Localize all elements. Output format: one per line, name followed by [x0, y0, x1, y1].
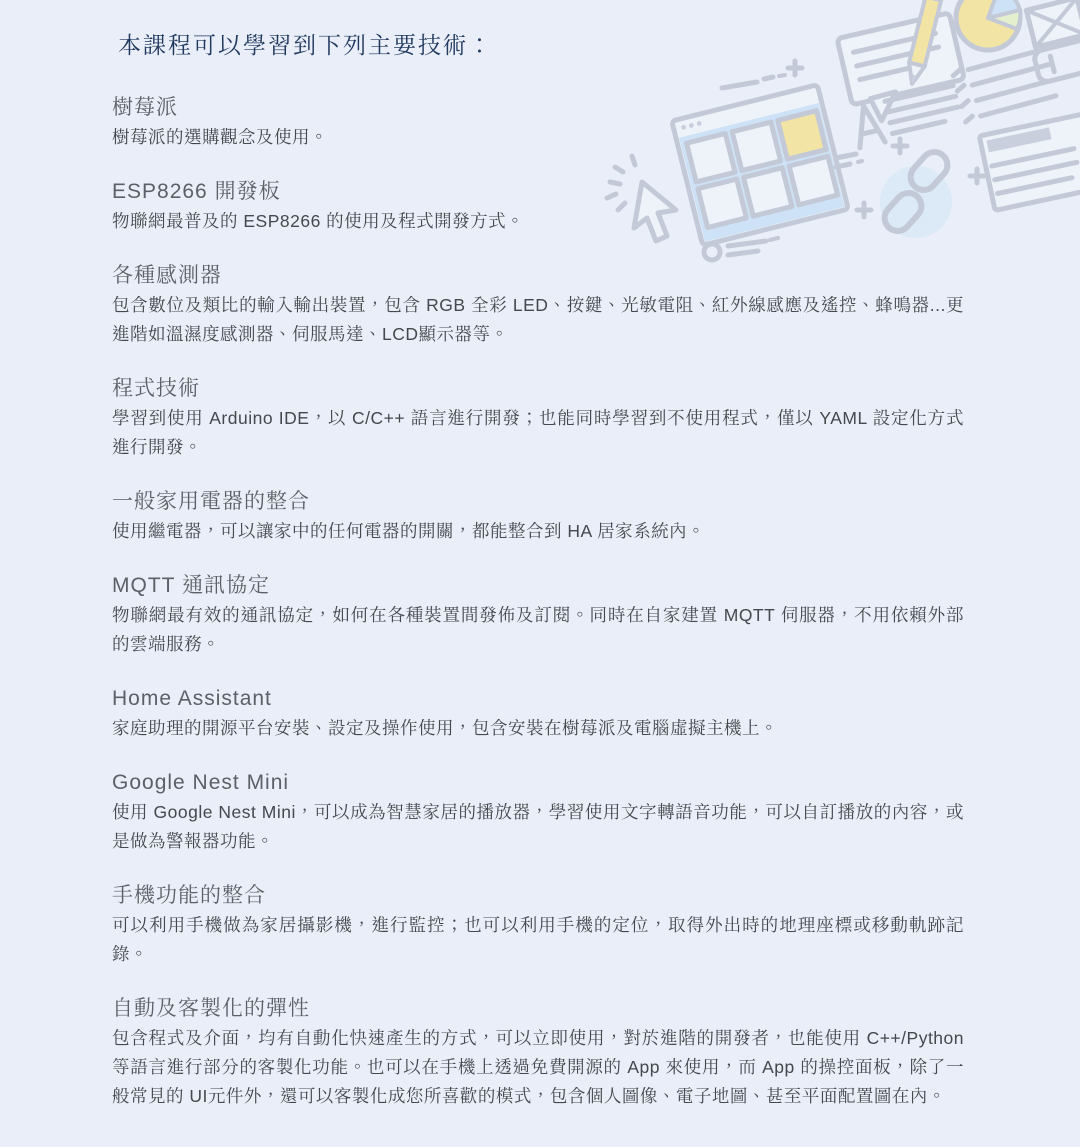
section-body: 物聯網最有效的通訊協定，如何在各種裝置間發佈及訂閱。同時在自家建置 MQTT 伺…	[112, 601, 964, 659]
section-heading: 樹莓派	[112, 93, 964, 123]
section-heading: MQTT 通訊協定	[112, 571, 964, 601]
section-heading: 一般家用電器的整合	[112, 487, 964, 517]
envelope-icon	[1026, 0, 1080, 47]
checklist-icon	[952, 46, 1060, 122]
tag-icon	[1033, 38, 1080, 83]
section-body: 使用 Google Nest Mini，可以成為智慧家居的播放器，學習使用文字轉…	[112, 798, 964, 856]
section-body: 物聯網最普及的 ESP8266 的使用及程式開發方式。	[112, 207, 964, 236]
course-page: { "page": { "title": "本課程可以學習到下列主要技術：", …	[0, 0, 1080, 1147]
section-body: 樹莓派的選購觀念及使用。	[112, 123, 964, 152]
section-google-nest-mini: Google Nest Mini 使用 Google Nest Mini，可以成…	[112, 768, 964, 856]
section-body: 可以利用手機做為家居攝影機，進行監控；也可以利用手機的定位，取得外出時的地理座標…	[112, 911, 964, 969]
section-sensors: 各種感測器 包含數位及類比的輸入輸出裝置，包含 RGB 全彩 LED、按鍵、光敏…	[112, 261, 964, 349]
section-raspberry-pi: 樹莓派 樹莓派的選購觀念及使用。	[112, 93, 964, 152]
section-heading: 程式技術	[112, 374, 964, 404]
section-heading: Home Assistant	[112, 684, 964, 714]
section-home-appliances: 一般家用電器的整合 使用繼電器，可以讓家中的任何電器的開關，都能整合到 HA 居…	[112, 487, 964, 546]
section-body: 包含數位及類比的輸入輸出裝置，包含 RGB 全彩 LED、按鍵、光敏電阻、紅外線…	[112, 291, 964, 349]
section-mqtt: MQTT 通訊協定 物聯網最有效的通訊協定，如何在各種裝置間發佈及訂閱。同時在自…	[112, 571, 964, 659]
section-body: 學習到使用 Arduino IDE，以 C/C++ 語言進行開發；也能同時學習到…	[112, 404, 964, 462]
section-body: 包含程式及介面，均有自動化快速產生的方式，可以立即使用，對於進階的開發者，也能使…	[112, 1024, 964, 1111]
section-esp8266: ESP8266 開發板 物聯網最普及的 ESP8266 的使用及程式開發方式。	[112, 177, 964, 236]
section-automation-customization: 自動及客製化的彈性 包含程式及介面，均有自動化快速產生的方式，可以立即使用，對於…	[112, 994, 964, 1111]
section-phone-integration: 手機功能的整合 可以利用手機做為家居攝影機，進行監控；也可以利用手機的定位，取得…	[112, 881, 964, 969]
course-skills-content: 本課程可以學習到下列主要技術： 樹莓派 樹莓派的選購觀念及使用。 ESP8266…	[112, 30, 964, 1136]
section-heading: 自動及客製化的彈性	[112, 994, 964, 1024]
pie-chart-icon	[956, 0, 1020, 50]
section-heading: 各種感測器	[112, 261, 964, 291]
section-heading: Google Nest Mini	[112, 768, 964, 798]
section-body: 家庭助理的開源平台安裝、設定及操作使用，包含安裝在樹莓派及電腦虛擬主機上。	[112, 714, 964, 743]
section-programming: 程式技術 學習到使用 Arduino IDE，以 C/C++ 語言進行開發；也能…	[112, 374, 964, 462]
section-heading: 手機功能的整合	[112, 881, 964, 911]
page-title: 本課程可以學習到下列主要技術：	[118, 30, 964, 60]
card-icon	[979, 114, 1080, 211]
section-heading: ESP8266 開發板	[112, 177, 964, 207]
section-body: 使用繼電器，可以讓家中的任何電器的開關，都能整合到 HA 居家系統內。	[112, 517, 964, 546]
section-home-assistant: Home Assistant 家庭助理的開源平台安裝、設定及操作使用，包含安裝在…	[112, 684, 964, 743]
